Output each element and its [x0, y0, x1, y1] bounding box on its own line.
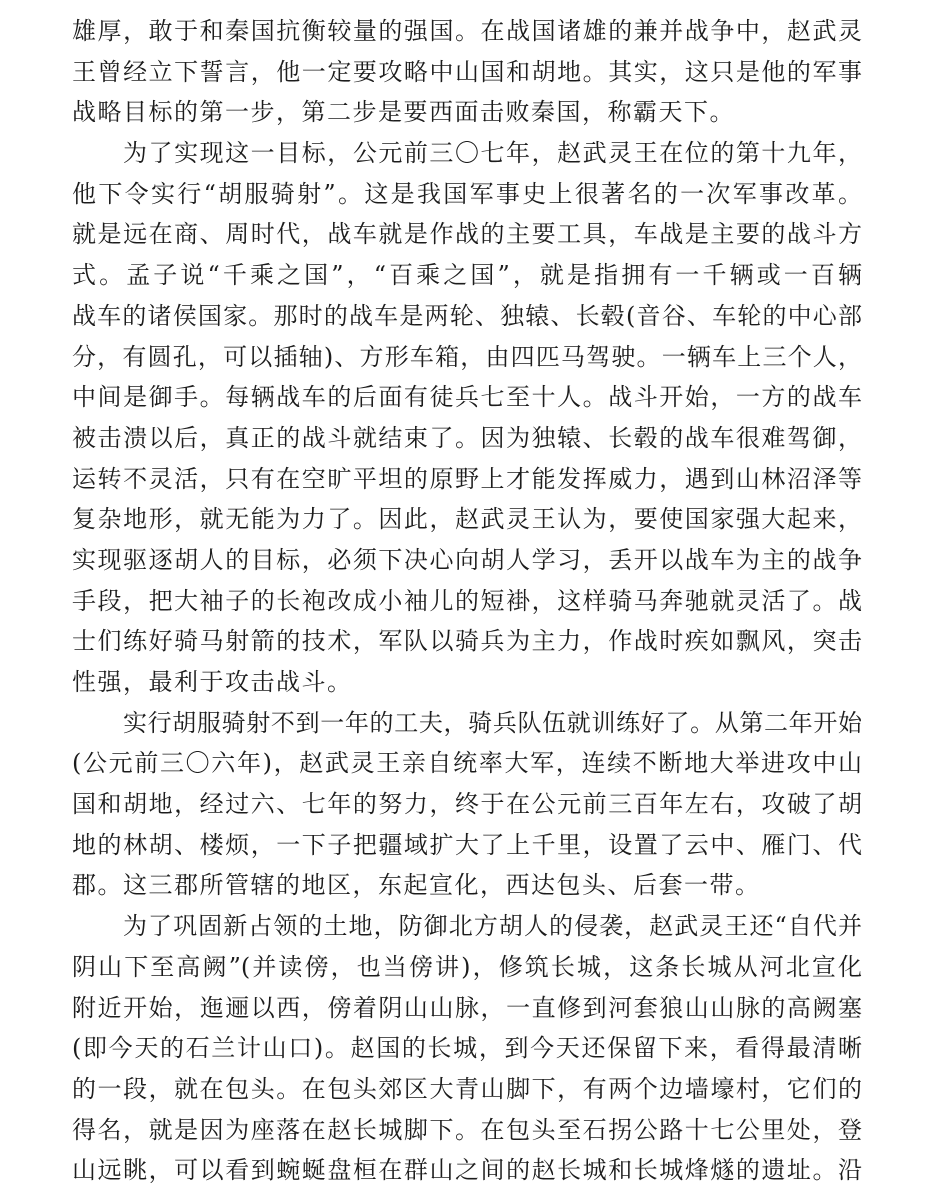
text-line: 复杂地形，就无能为力了。因此，赵武灵王认为，要使国家强大起来，	[72, 499, 862, 540]
text-line: 性强，最利于攻击战斗。	[72, 662, 862, 703]
text-line: 王曾经立下誓言，他一定要攻略中山国和胡地。其实，这只是他的军事	[72, 52, 862, 93]
paragraph-3: 实行胡服骑射不到一年的工夫，骑兵队伍就训练好了。从第二年开始 (公元前三〇六年)…	[72, 703, 862, 906]
text-line: 被击溃以后，真正的战斗就结束了。因为独辕、长毂的战车很难驾御，	[72, 418, 862, 459]
paragraph-2: 为了实现这一目标，公元前三〇七年，赵武灵王在位的第十九年， 他下令实行“胡服骑射…	[72, 133, 862, 703]
text-line-first: 实行胡服骑射不到一年的工夫，骑兵队伍就训练好了。从第二年开始	[72, 703, 862, 744]
text-line-first: 为了巩固新占领的土地，防御北方胡人的侵袭，赵武灵王还“自代并	[72, 906, 862, 947]
text-line: 就是远在商、周时代，战车就是作战的主要工具，车战是主要的战斗方	[72, 214, 862, 255]
paragraph-1: 雄厚，敢于和秦国抗衡较量的强国。在战国诸雄的兼并战争中，赵武灵 王曾经立下誓言，…	[72, 11, 862, 133]
text-line: 实现驱逐胡人的目标，必须下决心向胡人学习，丢开以战车为主的战争	[72, 540, 862, 581]
text-line: 分，有圆孔，可以插轴)、方形车箱，由四匹马驾驶。一辆车上三个人，	[72, 337, 862, 378]
text-line: 地的林胡、楼烦，一下子把疆域扩大了上千里，设置了云中、雁门、代	[72, 825, 862, 866]
text-line: 雄厚，敢于和秦国抗衡较量的强国。在战国诸雄的兼并战争中，赵武灵	[72, 11, 862, 52]
text-line: 中间是御手。每辆战车的后面有徒兵七至十人。战斗开始，一方的战车	[72, 377, 862, 418]
text-line: 得名，就是因为座落在赵长城脚下。在包头至石拐公路十七公里处，登	[72, 1110, 862, 1151]
text-line: 郡。这三郡所管辖的地区，东起宣化，西达包头、后套一带。	[72, 865, 862, 906]
text-line: 式。孟子说“千乘之国”，“百乘之国”，就是指拥有一千辆或一百辆	[72, 255, 862, 296]
text-line: 手段，把大袖子的长袍改成小袖儿的短褂，这样骑马奔驰就灵活了。战	[72, 581, 862, 622]
text-line: 他下令实行“胡服骑射”。这是我国军事史上很著名的一次军事改革。	[72, 174, 862, 215]
text-line: 的一段，就在包头。在包头郊区大青山脚下，有两个边墙壕村，它们的	[72, 1069, 862, 1110]
text-line: 运转不灵活，只有在空旷平坦的原野上才能发挥威力，遇到山林沼泽等	[72, 459, 862, 500]
document-page: 雄厚，敢于和秦国抗衡较量的强国。在战国诸雄的兼并战争中，赵武灵 王曾经立下誓言，…	[72, 11, 862, 1191]
paragraph-4: 为了巩固新占领的土地，防御北方胡人的侵袭，赵武灵王还“自代并 阴山下至高阙”(并…	[72, 906, 862, 1191]
text-line-first: 为了实现这一目标，公元前三〇七年，赵武灵王在位的第十九年，	[72, 133, 862, 174]
text-line: 国和胡地，经过六、七年的努力，终于在公元前三百年左右，攻破了胡	[72, 784, 862, 825]
text-line: 阴山下至高阙”(并读傍，也当傍讲)，修筑长城，这条长城从河北宣化	[72, 947, 862, 988]
text-line: 士们练好骑马射箭的技术，军队以骑兵为主力，作战时疾如飘风，突击	[72, 621, 862, 662]
text-line: (公元前三〇六年)，赵武灵王亲自统率大军，连续不断地大举进攻中山	[72, 743, 862, 784]
text-line: 山远眺，可以看到蜿蜒盘桓在群山之间的赵长城和长城烽燧的遗址。沿	[72, 1150, 862, 1191]
text-line: 战车的诸侯国家。那时的战车是两轮、独辕、长毂(音谷、车轮的中心部	[72, 296, 862, 337]
text-line: (即今天的石兰计山口)。赵国的长城，到今天还保留下来，看得最清晰	[72, 1028, 862, 1069]
text-line: 附近开始，迤逦以西，傍着阴山山脉，一直修到河套狼山山脉的高阙塞	[72, 988, 862, 1029]
text-line: 战略目标的第一步，第二步是要西面击败秦国，称霸天下。	[72, 92, 862, 133]
